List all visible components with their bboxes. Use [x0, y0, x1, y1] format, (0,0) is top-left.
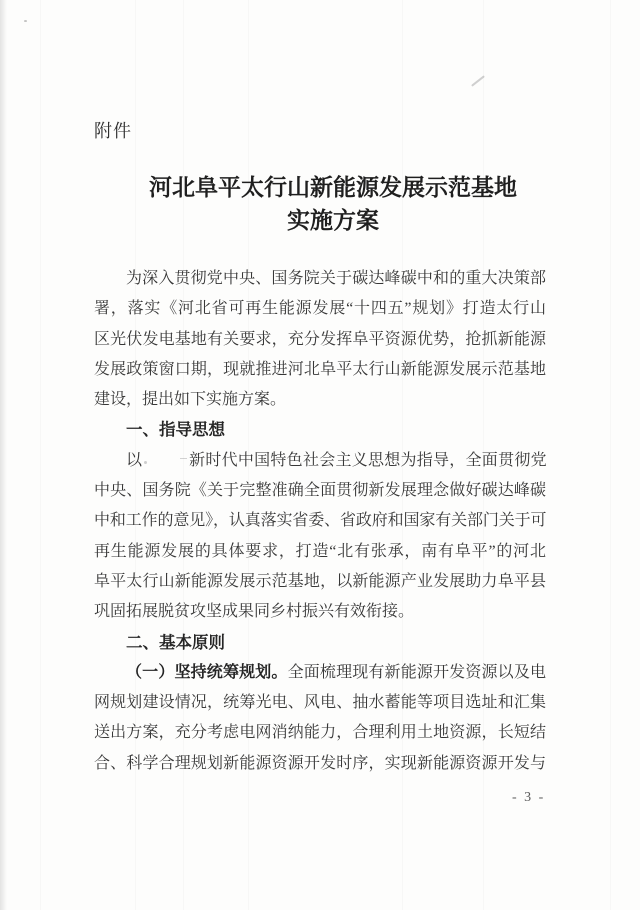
text-line: 巩固拓展脱贫攻坚成果同乡村振兴有效衔接。 [94, 597, 546, 627]
text-line: 网规划建设情况，统筹光电、风电、抽水蓄能等项目选址和汇集 [94, 688, 546, 718]
paragraph-guiding-ideology: 以新时代中国特色社会主义思想为指导，全面贯彻党 中央、国务院《关于完整准确全面贯… [94, 446, 546, 628]
paragraph-intro: 为深入贯彻党中央、国务院关于碳达峰碳中和的重大决策部署，落实《河北省可再生能源发… [94, 264, 546, 415]
scan-speck [24, 20, 27, 22]
scanned-document-page: 附件 河北阜平太行山新能源发展示范基地 实施方案 为深入贯彻党中央、国务院关于碳… [0, 0, 640, 910]
redaction-blank [142, 453, 188, 465]
text-line: 中和工作的意见》，认真落实省委、省政府和国家有关部门关于可 [94, 506, 546, 536]
text-line: 署，落实《河北省可再生能源发展“十四五”规划》打造太行山 [94, 294, 546, 324]
paragraph-basic-principles-lines: 网规划建设情况，统筹光电、风电、抽水蓄能等项目选址和汇集送出方案，充分考虑电网消… [94, 688, 546, 779]
paragraph-guiding-ideology-lines: 中央、国务院《关于完整准确全面贯彻新发展理念做好碳达峰碳中和工作的意见》，认真落… [94, 476, 546, 627]
text-line-with-redaction: 以新时代中国特色社会主义思想为指导，全面贯彻党 [94, 446, 546, 476]
section-heading-1: 一、指导思想 [94, 415, 546, 445]
paragraph-basic-principles: （一）坚持统筹规划。全面梳理现有新能源开发资源以及电 网规划建设情况，统筹光电、… [94, 658, 546, 779]
text-line: 再生能源发展的具体要求，打造“北有张承，南有阜平”的河北 [94, 537, 546, 567]
lead-rest-text: 全面梳理现有新能源开发资源以及电 [288, 664, 546, 681]
text-line: 阜平太行山新能源发展示范基地，以新能源产业发展助力阜平县 [94, 567, 546, 597]
text-line: 合、科学合理规划新能源资源开发时序，实现新能源资源开发与 [94, 749, 546, 779]
document-body: 为深入贯彻党中央、国务院关于碳达峰碳中和的重大决策部署，落实《河北省可再生能源发… [94, 264, 546, 779]
text-line: 送出方案，充分考虑电网消纳能力，合理利用土地资源，长短结 [94, 718, 546, 748]
text-line-with-bold-lead: （一）坚持统筹规划。全面梳理现有新能源开发资源以及电 [94, 658, 546, 688]
text-line: 建设，提出如下实施方案。 [94, 385, 546, 415]
document-title: 河北阜平太行山新能源发展示范基地 实施方案 [94, 171, 546, 237]
document-title-line1: 河北阜平太行山新能源发展示范基地 [120, 171, 546, 204]
redaction-rest-text: 新时代中国特色社会主义思想为指导，全面贯彻党 [188, 452, 546, 469]
document-title-line2: 实施方案 [120, 204, 546, 237]
scan-edge-shadow [0, 0, 7, 910]
scan-streak [610, 0, 611, 910]
text-line: 区光伏发电基地有关要求，充分发挥阜平资源优势，抢抓新能源 [94, 325, 546, 355]
page-number: - 3 - [512, 790, 545, 806]
redaction-prefix-text: 以 [126, 452, 142, 469]
section-heading-2: 二、基本原则 [94, 628, 546, 658]
attachment-label: 附件 [94, 117, 132, 143]
bold-lead-text: （一）坚持统筹规划。 [126, 664, 288, 681]
scan-streak [40, 0, 41, 910]
text-line: 发展政策窗口期，现就推进河北阜平太行山新能源发展示范基地 [94, 355, 546, 385]
text-line: 为深入贯彻党中央、国务院关于碳达峰碳中和的重大决策部 [94, 264, 546, 294]
text-line: 中央、国务院《关于完整准确全面贯彻新发展理念做好碳达峰碳 [94, 476, 546, 506]
